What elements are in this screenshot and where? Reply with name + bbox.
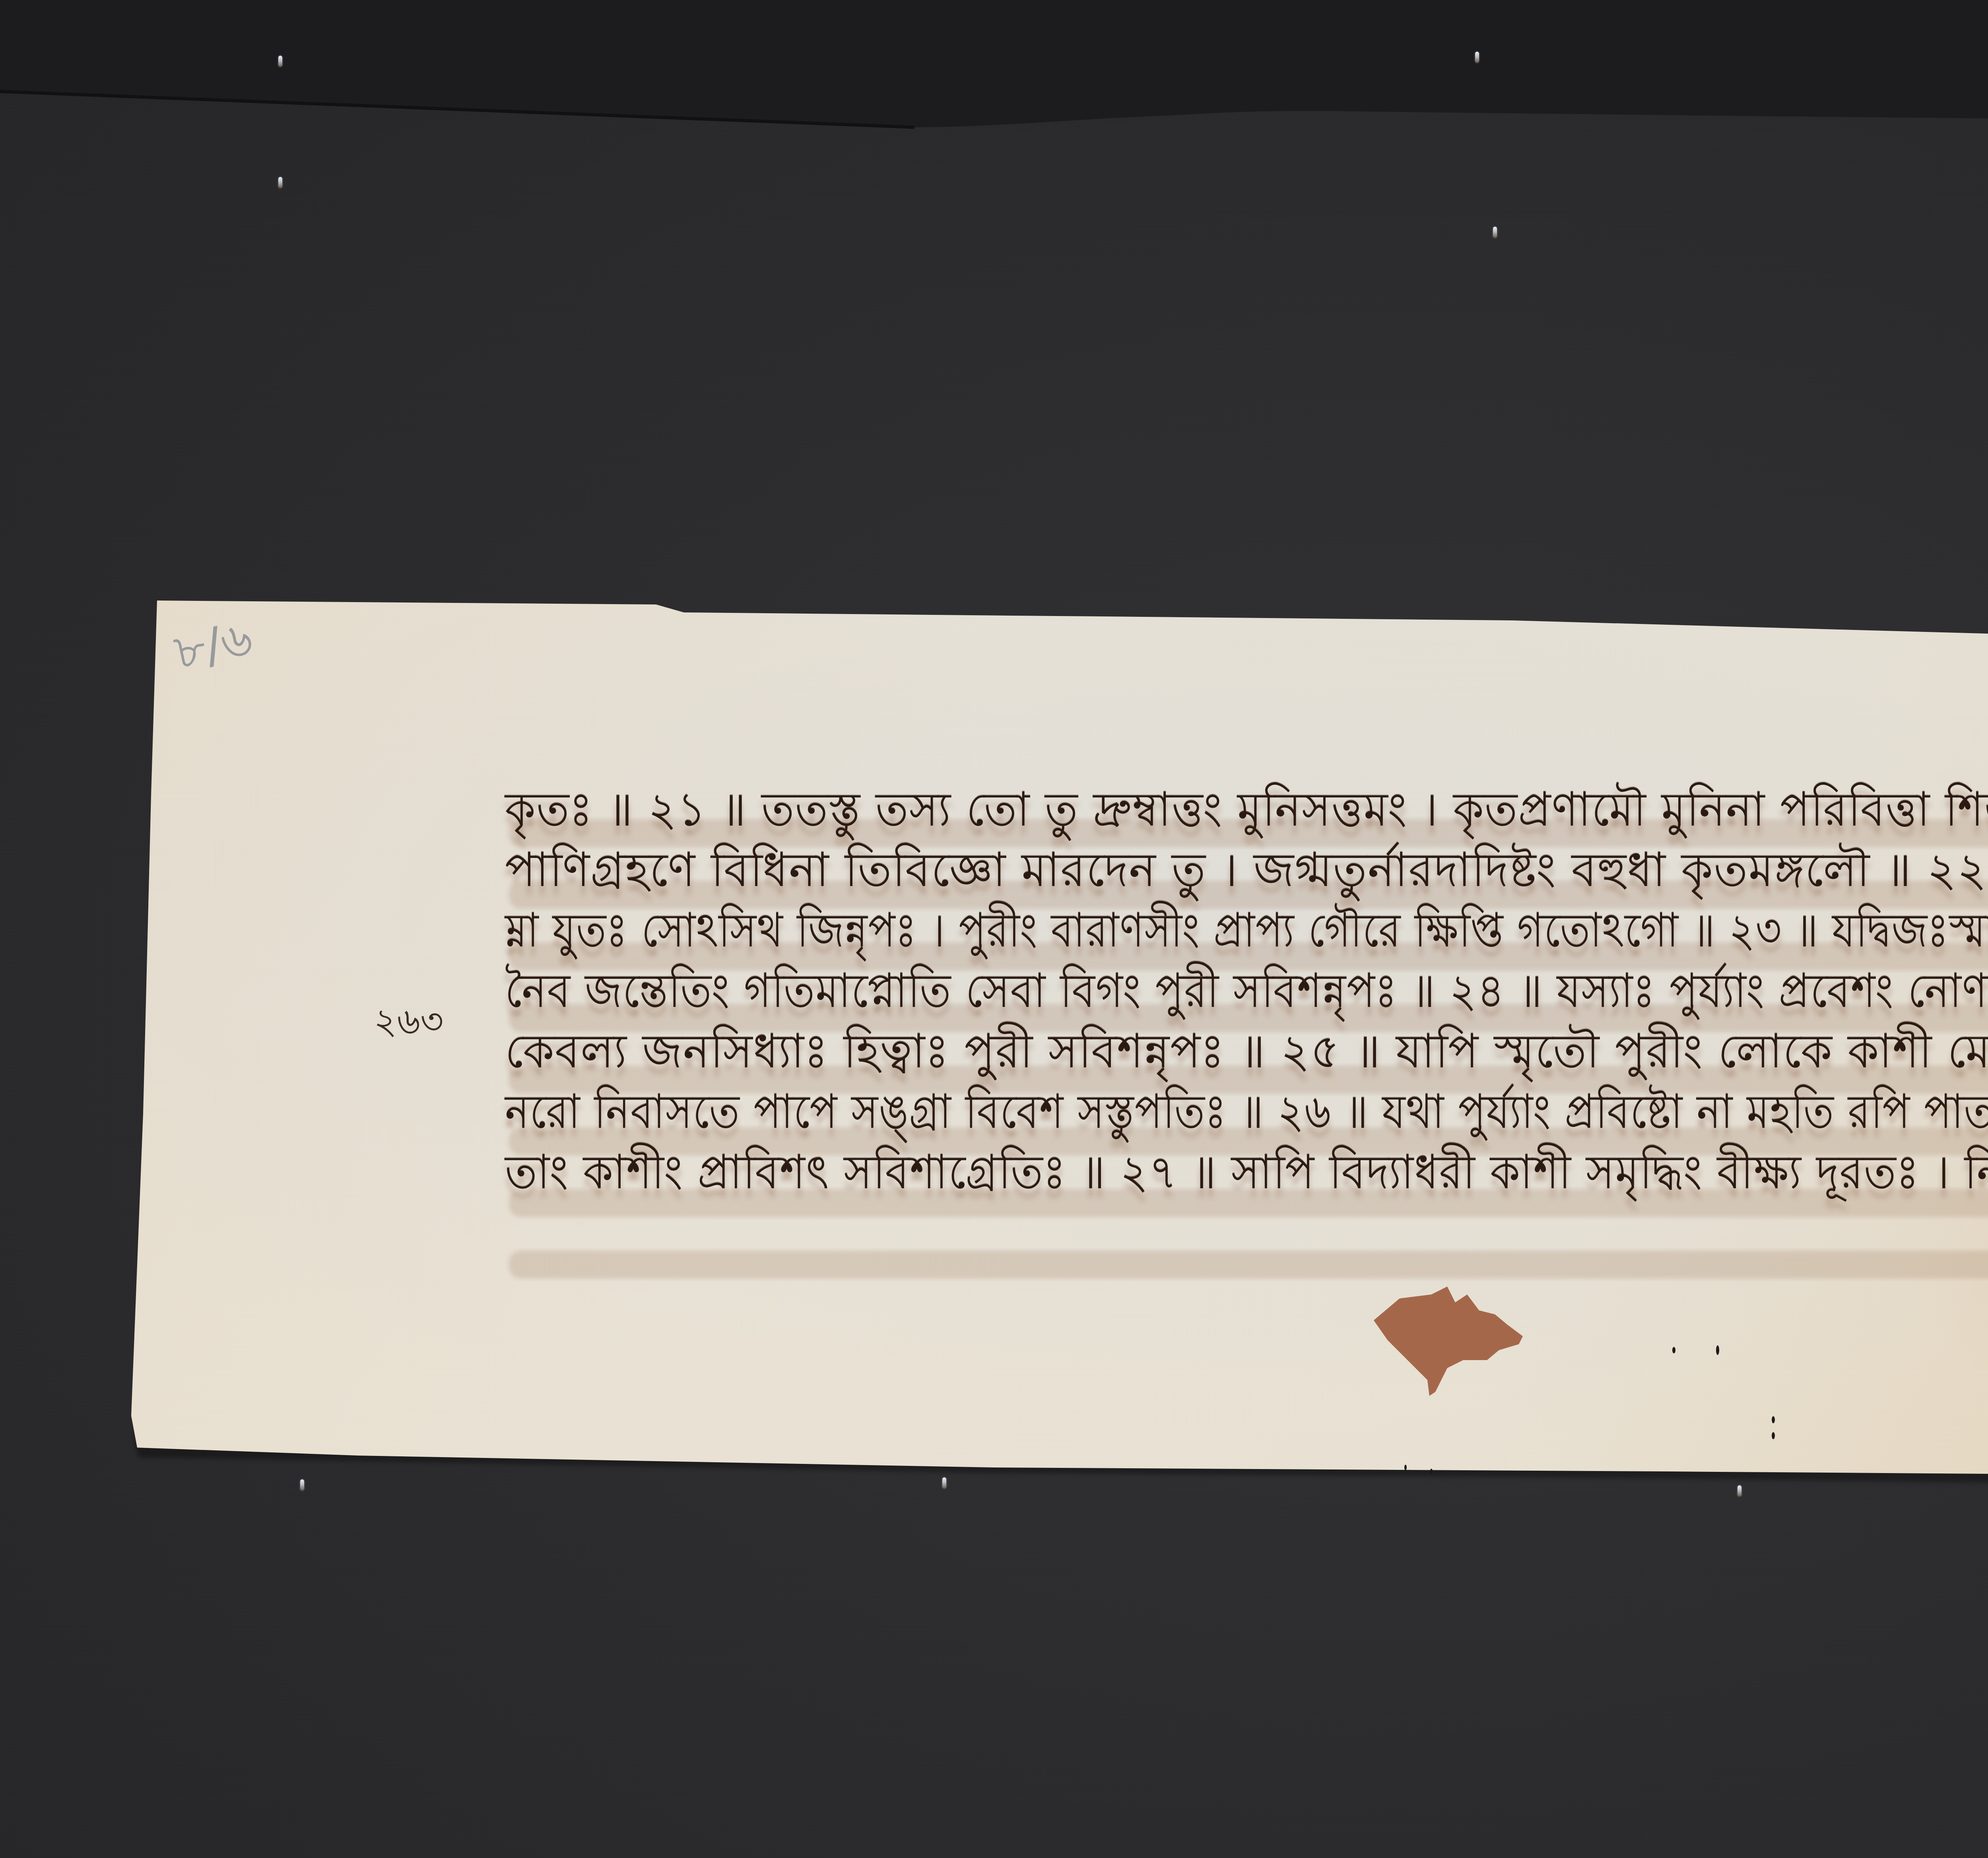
line-text: তাং কাশীং প্রাবিশৎ সবিশাগ্রেতিঃ ॥ ২৭ ॥ স… <box>505 1142 1988 1202</box>
manuscript-text-block: কৃতঃ ॥ ২১ ॥ ততস্তু তস্য তো তু দ্রুম্বাত্… <box>505 779 1988 1203</box>
mounting-pin <box>278 56 282 67</box>
manuscript-photo: ৮/৬ গ্ৰ ৫ ২৬৩ কৃতঃ ॥ ২১ ॥ ততস্তু তস্য তো… <box>0 0 1988 1858</box>
mounting-pin <box>1493 227 1497 238</box>
manuscript-line-6: নরো নিবাসতে পাপে সঙ্গ্রা বিবেশ সস্তুপতিঃ… <box>505 1082 1988 1142</box>
line-text: ম্না যুতঃ সোঽসিথ জিন্নৃপঃ । পুরীং বারাণস… <box>505 900 1988 960</box>
mounting-pin <box>1738 1485 1741 1497</box>
line-text: কেবল্য জনসিধ্যাঃ হিত্বাঃ পুরী সবিশন্নৃপঃ… <box>505 1021 1988 1081</box>
manuscript-line-7: তাং কাশীং প্রাবিশৎ সবিশাগ্রেতিঃ ॥ ২৭ ॥ স… <box>505 1142 1988 1203</box>
manuscript-line-4: নৈব জন্তেতিং গতিমাপ্নোতি সেবা বিগং পুরী … <box>505 961 1988 1021</box>
margin-folio-number: ২৬৩ <box>374 994 444 1054</box>
line-text: নৈব জন্তেতিং গতিমাপ্নোতি সেবা বিগং পুরী … <box>505 961 1988 1020</box>
line-text: পাণিগ্রহণে বিধিনা তিবিজ্ঞো মারদেন তু । জ… <box>505 840 1988 900</box>
manuscript-line-1: কৃতঃ ॥ ২১ ॥ ততস্তু তস্য তো তু দ্রুম্বাত্… <box>505 779 1988 840</box>
mounting-pin <box>1475 52 1479 63</box>
manuscript-line-5: কেবল্য জনসিধ্যাঃ হিত্বাঃ পুরী সবিশন্নৃপঃ… <box>505 1021 1988 1082</box>
line-text: নরো নিবাসতে পাপে সঙ্গ্রা বিবেশ সস্তুপতিঃ… <box>505 1082 1988 1141</box>
manuscript-line-3: ম্না যুতঃ সোঽসিথ জিন্নৃপঃ । পুরীং বারাণস… <box>505 900 1988 961</box>
pencil-folio-mark-left: ৮/৬ <box>167 601 260 696</box>
line-text: কৃতঃ ॥ ২১ ॥ ততস্তু তস্য তো তু দ্রুম্বাত্… <box>505 779 1988 839</box>
mounting-pin <box>278 177 282 188</box>
manuscript-line-2: পাণিগ্রহণে বিধিনা তিবিজ্ঞো মারদেন তু । জ… <box>505 840 1988 900</box>
mounting-pin <box>942 1477 946 1489</box>
mounting-pin <box>300 1479 304 1491</box>
